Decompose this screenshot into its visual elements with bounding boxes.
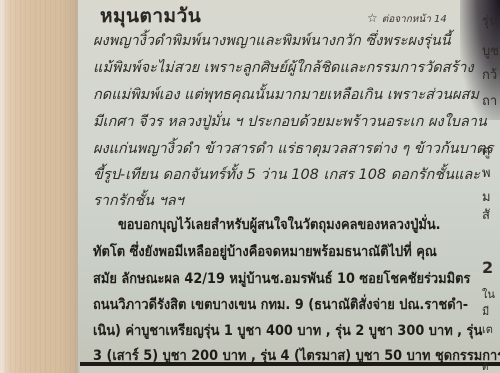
adjacent-fragment: ดิ <box>482 360 489 373</box>
body-line-bold: เนิน) ค่าบูชาเหรียญรุ่น 1 บูชา 400 บาท ,… <box>93 320 482 342</box>
body-line-bold: สมัย ลักษณะผล 42/19 หมู่บ้านช.อมรพันธ์ 1… <box>93 268 470 290</box>
body-line-bold: ถนนวิภาวดีรังสิต เขตบางเขน กทม. 9 (ธนาณั… <box>93 294 468 316</box>
body-line: ผงพญางิ้วดำพิมพ์นางพญาและพิมพ์นางกวัก ซึ… <box>93 29 451 52</box>
body-line: มีเกศา จีวร หลวงปู่มั่น ฯ ประกอบด้วยมะพร… <box>93 110 487 133</box>
book-page-edges <box>0 0 78 373</box>
continuation-note: ☆ต่อจากหน้า 14 <box>367 11 447 27</box>
body-line: ขี้รูป-เทียน ดอกจันทร์ทั้ง 5 ว่าน 108 เก… <box>93 163 480 186</box>
star-icon: ☆ <box>367 11 378 25</box>
adjacent-fragment: 2 <box>482 258 493 277</box>
adjacent-fragment: เต <box>482 320 493 338</box>
body-line: แม้พิมพ์จะไม่สวย เพราะลูกศิษย์ผู้ใกล้ชิด… <box>93 56 474 79</box>
continuation-text: ต่อจากหน้า 14 <box>382 14 447 25</box>
adjacent-fragment: รุ่น <box>482 10 498 31</box>
body-line: กดแม่พิมพ์เอง แต่พุทธคุณนั้นมากมายเหลือเ… <box>93 83 479 106</box>
article-title: หมุนตามวัน <box>100 1 201 31</box>
body-line: ผงแก่นพญางิ้วดำ ข้าวสารดำ แร่ธาตุมวลสารต… <box>93 137 493 160</box>
adjacent-fragment: มี <box>482 302 489 320</box>
adjacent-fragment: ศู <box>482 140 490 161</box>
adjacent-fragment: ใน <box>482 285 495 303</box>
box-border <box>80 362 500 373</box>
adjacent-fragment: สั <box>482 204 490 225</box>
adjacent-fragment: กว้ <box>482 64 497 85</box>
body-line-bold: ทัตโต ซึ่งยังพอมีเหลืออยู่บ้างคือจดหมายพ… <box>93 241 437 263</box>
adjacent-fragment: บูช <box>482 40 499 61</box>
body-line: รากรักชั้น ฯลฯ <box>93 189 184 212</box>
body-line-bold: ขอบอกบุญไว้เลยสำหรับผู้สนใจในวัตถุมงคลขอ… <box>118 214 441 236</box>
adjacent-fragment: ถา <box>482 90 497 111</box>
adjacent-fragment: พ <box>482 162 491 183</box>
